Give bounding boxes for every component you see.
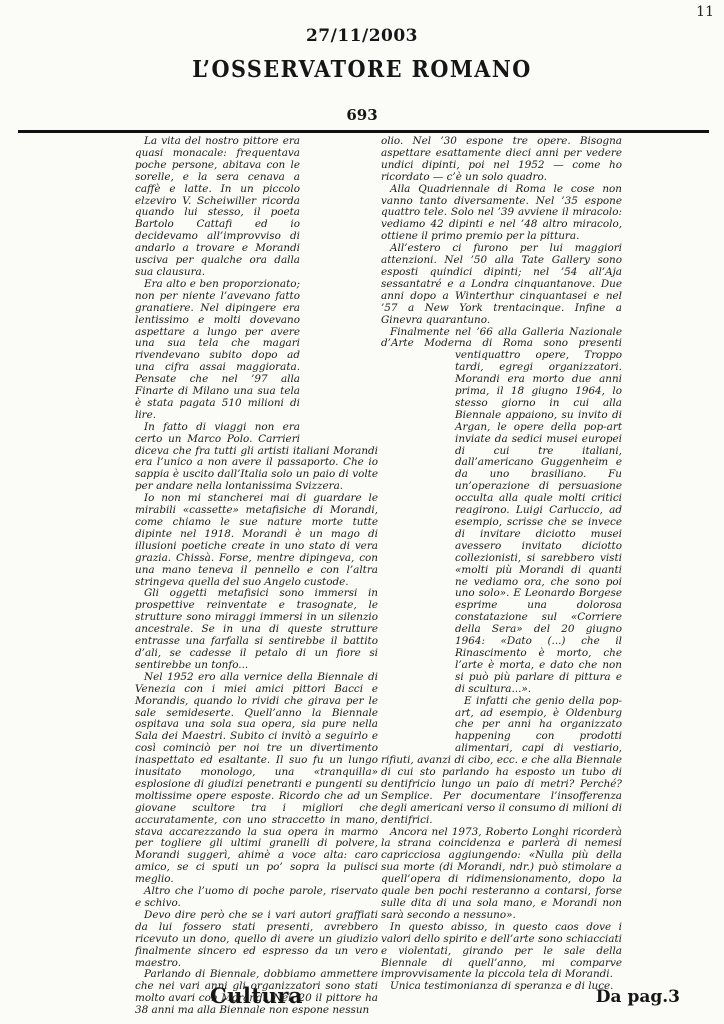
article-column-left: La vita del nostro pittore era quasi mon… (135, 136, 378, 1017)
newspaper-scan-page: { "page": { "number": "11", "date": "27/… (0, 0, 724, 1024)
paragraph: olio. Nel ’30 espone tre opere. Bisogna … (381, 136, 622, 184)
newspaper-masthead: L’OSSERVATORE ROMANO (0, 56, 724, 83)
paragraph: Altro che l’uomo di poche parole, riserv… (135, 886, 378, 910)
layout-spacer (381, 362, 455, 755)
issue-date: 27/11/2003 (0, 26, 724, 46)
edition-number: 693 (0, 106, 724, 124)
paragraph: Io non mi stancherei mai di guardare le … (135, 493, 378, 588)
paragraph: All’estero ci furono per lui maggiori at… (381, 243, 622, 326)
paragraph: Devo dire però che se i vari autori graf… (135, 910, 378, 970)
paragraph: Gli oggetti metafisici sono immersi in p… (135, 588, 378, 671)
paragraph: In questo abisso, in questo caos dove i … (381, 922, 622, 982)
layout-spacer (300, 136, 378, 445)
paragraph: Nel 1952 ero alla vernice della Biennale… (135, 672, 378, 886)
paragraph: Ancora nel 1973, Roberto Longhi ricorder… (381, 827, 622, 922)
header-rule (18, 130, 709, 133)
article-column-right: olio. Nel ’30 espone tre opere. Bisogna … (381, 136, 622, 993)
footer-section-label: Cultura (135, 983, 378, 1008)
paragraph: Alla Quadriennale di Roma le cose non va… (381, 184, 622, 244)
page-number: 11 (696, 4, 714, 20)
footer-frompage-label: Da pag.3 (558, 987, 680, 1007)
